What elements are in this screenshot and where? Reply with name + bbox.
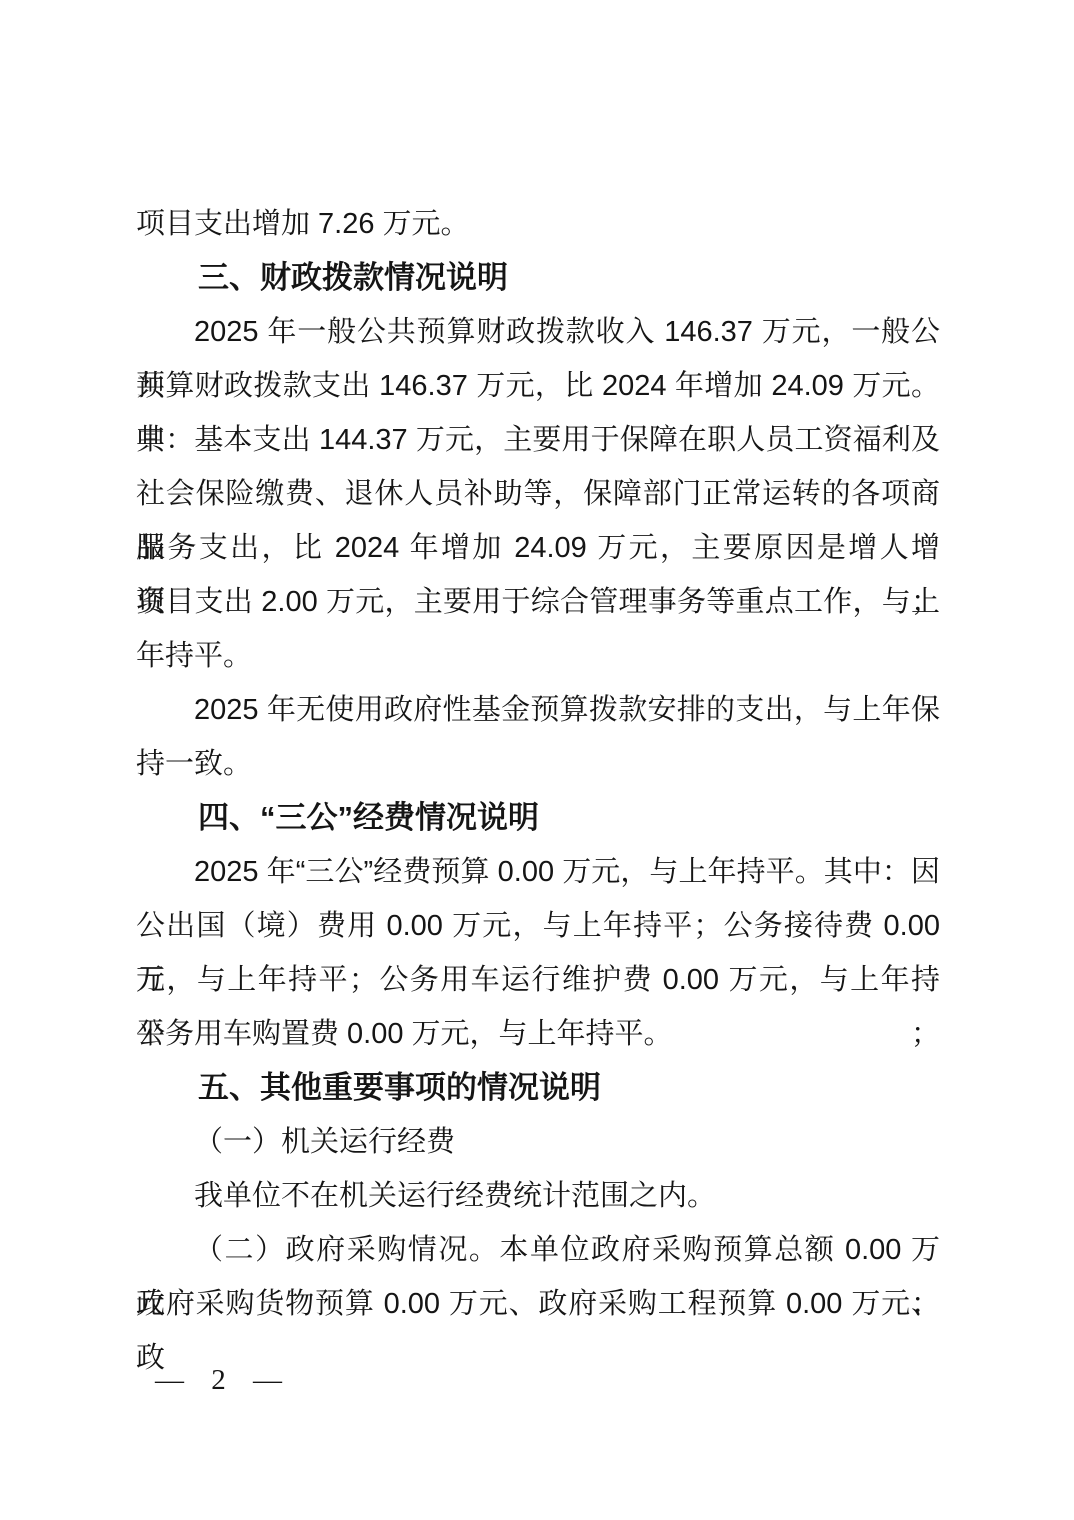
paragraph-three-public-line: 公出国（境）费用 0.00 万元，与上年持平；公务接待费 0.00 万 <box>136 899 940 953</box>
heading-section-five: 五、其他重要事项的情况说明 <box>136 1061 940 1115</box>
paragraph-fiscal-allocation-line: 预算财政拨款支出 146.37 万元，比 2024 年增加 24.09 万元。其 <box>136 359 940 413</box>
paragraph-fiscal-allocation-line: 项目支出 2.00 万元，主要用于综合管理事务等重点工作，与上 <box>136 575 940 629</box>
page-number: — 2 — <box>155 1353 288 1407</box>
paragraph-gov-procurement-line: 政府采购货物预算 0.00 万元、政府采购工程预算 0.00 万元、政 <box>136 1277 940 1331</box>
paragraph-fiscal-allocation-line: 年持平。 <box>136 629 940 683</box>
document-page: 项目支出增加 7.26 万元。 三、财政拨款情况说明 2025 年一般公共预算财… <box>0 0 1074 1520</box>
paragraph-three-public-line: 元，与上年持平；公务用车运行维护费 0.00 万元，与上年持平； <box>136 953 940 1007</box>
paragraph-three-public-line: 2025 年“三公”经费预算 0.00 万元，与上年持平。其中：因 <box>136 845 940 899</box>
paragraph-fiscal-allocation-line: 服务支出，比 2024 年增加 24.09 万元，主要原因是增人增资； <box>136 521 940 575</box>
subheading-agency-operating-cost: （一）机关运行经费 <box>136 1115 940 1169</box>
paragraph-gov-fund-line: 持一致。 <box>136 737 940 791</box>
paragraph-agency-operating-line: 我单位不在机关运行经费统计范围之内。 <box>136 1169 940 1223</box>
paragraph-fiscal-allocation-line: 社会保险缴费、退休人员补助等，保障部门正常运转的各项商品 <box>136 467 940 521</box>
heading-section-four: 四、“三公”经费情况说明 <box>136 791 940 845</box>
document-body: 项目支出增加 7.26 万元。 三、财政拨款情况说明 2025 年一般公共预算财… <box>136 197 940 1331</box>
paragraph-gov-fund-line: 2025 年无使用政府性基金预算拨款安排的支出，与上年保 <box>136 683 940 737</box>
paragraph-continuation-line: 项目支出增加 7.26 万元。 <box>136 197 940 251</box>
paragraph-fiscal-allocation-line: 2025 年一般公共预算财政拨款收入 146.37 万元，一般公共 <box>136 305 940 359</box>
heading-section-three: 三、财政拨款情况说明 <box>136 251 940 305</box>
paragraph-gov-procurement-line: （二）政府采购情况。本单位政府采购预算总额 0.00 万元： <box>136 1223 940 1277</box>
paragraph-fiscal-allocation-line: 中：基本支出 144.37 万元，主要用于保障在职人员工资福利及 <box>136 413 940 467</box>
